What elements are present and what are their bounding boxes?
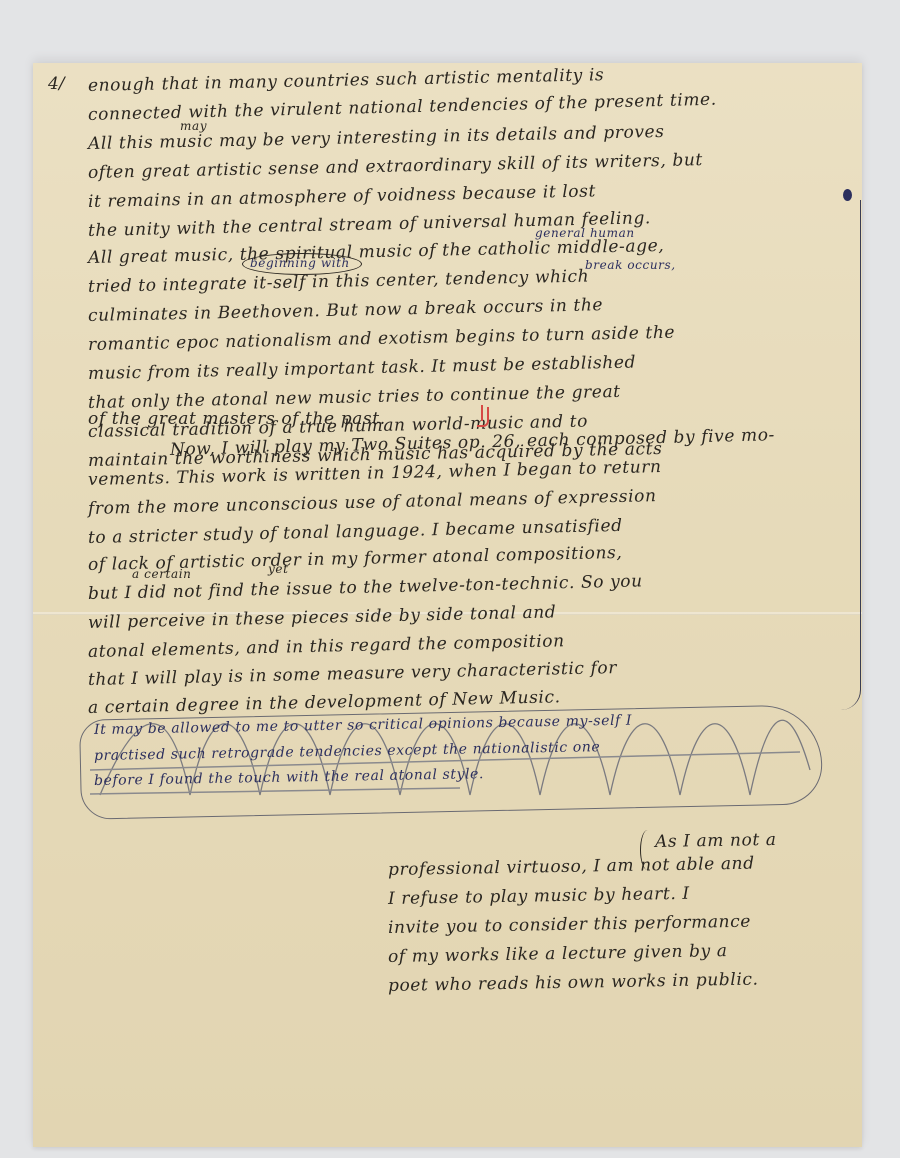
- red-pencil-mark: [477, 407, 489, 427]
- insertion-a-certain: a certain: [132, 567, 191, 581]
- margin-insertion-line: [838, 200, 861, 710]
- insertion-yet: yet: [268, 562, 289, 576]
- text-line: of the great masters of the past.: [88, 409, 386, 429]
- red-pencil-mark: [481, 405, 483, 421]
- page-number: 4/: [48, 74, 65, 94]
- insertion-general-human: general human: [535, 226, 635, 240]
- insertion-break-occurs: break occurs,: [585, 258, 676, 272]
- insertion-may: may: [180, 119, 207, 133]
- text-line: As I am not a: [655, 830, 777, 852]
